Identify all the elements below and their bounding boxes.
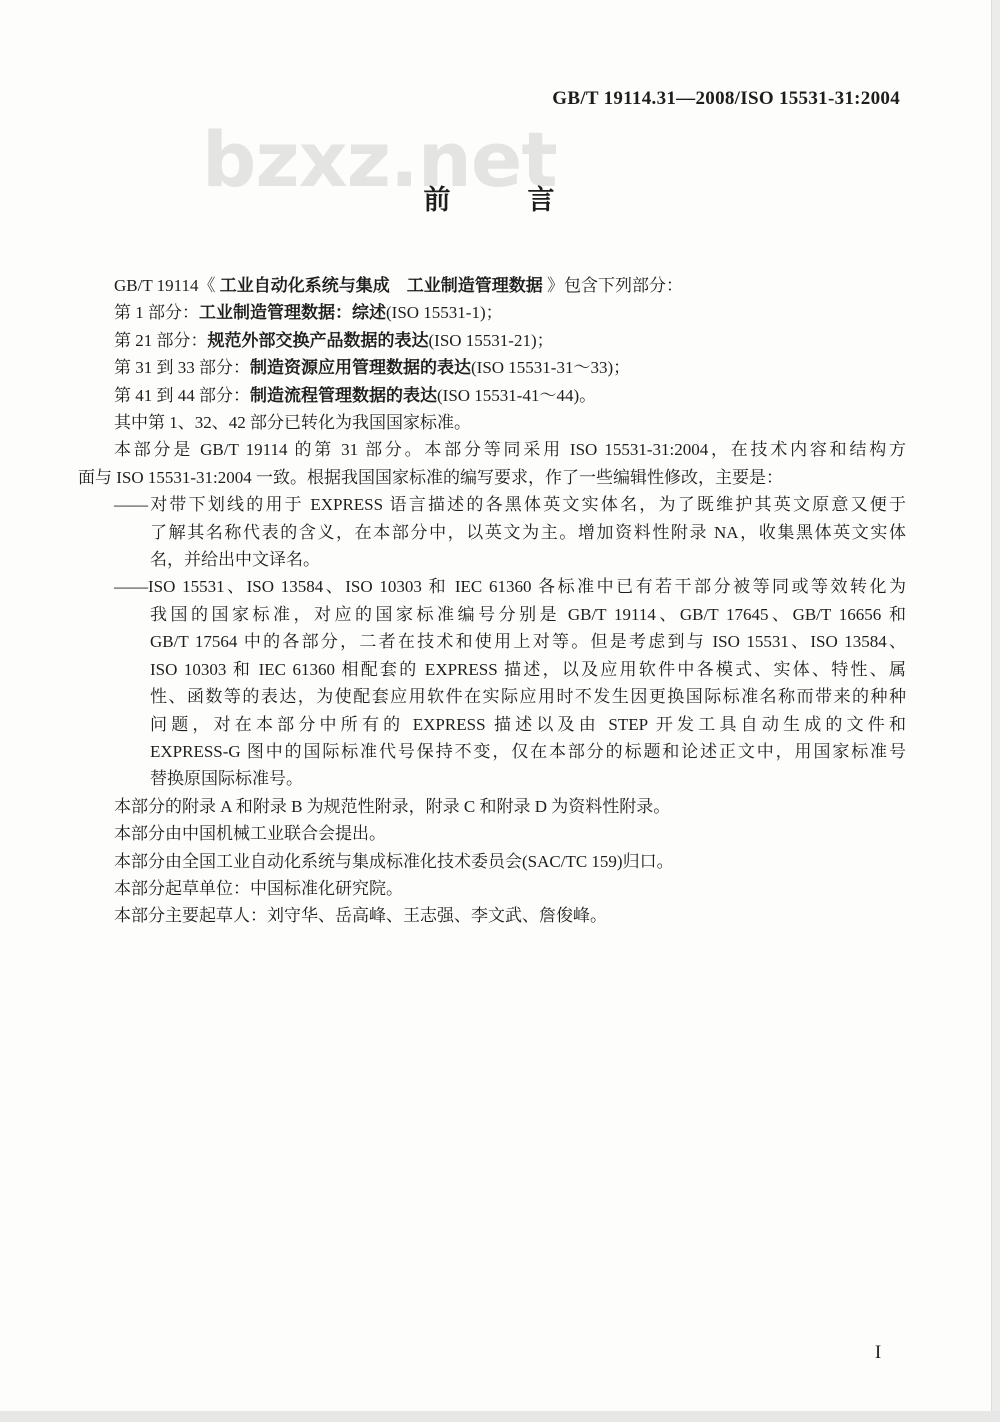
text-segment: 第 31 到 33 部分：: [114, 358, 250, 377]
body-line: 其中第 1、32、42 部分已转化为我国国家标准。: [78, 409, 906, 436]
page-number: I: [856, 1342, 900, 1364]
body-line: 第 41 到 44 部分：制造流程管理数据的表达(ISO 15531-41～44…: [78, 382, 906, 409]
text-segment: 面与 ISO 15531-31:2004 一致。根据我国国家标准的编写要求，作了…: [78, 468, 783, 487]
body-line: 替换原国际标准号。: [78, 765, 906, 792]
body-line: 第 31 到 33 部分：制造资源应用管理数据的表达(ISO 15531-31～…: [78, 354, 906, 381]
body-text: GB/T 19114《 工业自动化系统与集成 工业制造管理数据 》包含下列部分：…: [78, 272, 906, 930]
text-segment: 工业制造管理数据：综述: [199, 303, 386, 322]
body-line: ——ISO 15531、ISO 13584、ISO 10303 和 IEC 61…: [78, 573, 906, 600]
text-segment: 制造流程管理数据的表达: [250, 386, 437, 405]
text-segment: EXPRESS-G 图中的国际标准代号保持不变，仅在本部分的标题和论述正文中，用…: [150, 742, 906, 761]
page-title: 前 言: [0, 178, 978, 217]
page-edge-bottom: [0, 1411, 1000, 1422]
body-line: 我国的国家标准，对应的国家标准编号分别是 GB/T 19114、GB/T 176…: [78, 601, 906, 628]
body-line: GB/T 19114《 工业自动化系统与集成 工业制造管理数据 》包含下列部分：: [78, 272, 906, 299]
text-segment: 规范外部交换产品数据的表达: [208, 331, 429, 350]
text-segment: 第 41 到 44 部分：: [114, 386, 250, 405]
text-segment: 替换原国际标准号。: [150, 769, 303, 788]
text-segment: 问题，对在本部分中所有的 EXPRESS 描述以及由 STEP 开发工具自动生成…: [150, 715, 906, 734]
text-segment: 本部分是 GB/T 19114 的第 31 部分。本部分等同采用 ISO 155…: [114, 440, 906, 459]
text-segment: 本部分由中国机械工业联合会提出。: [114, 824, 386, 843]
body-line: 本部分由全国工业自动化系统与集成标准化技术委员会(SAC/TC 159)归口。: [78, 848, 906, 875]
standard-code-header: GB/T 19114.31—2008/ISO 15531-31:2004: [0, 88, 900, 110]
text-segment: 名，并给出中文译名。: [150, 550, 320, 569]
text-segment: 我国的国家标准，对应的国家标准编号分别是 GB/T 19114、GB/T 176…: [150, 605, 906, 624]
text-segment: 工业自动化系统与集成 工业制造管理数据: [220, 276, 543, 295]
body-line: 了解其名称代表的含义，在本部分中，以英文为主。增加资料性附录 NA，收集黑体英文…: [78, 519, 906, 546]
text-segment: 本部分的附录 A 和附录 B 为规范性附录，附录 C 和附录 D 为资料性附录。: [114, 797, 670, 816]
body-line: 名，并给出中文译名。: [78, 546, 906, 573]
text-segment: 》包含下列部分：: [543, 276, 683, 295]
text-segment: (ISO 15531-31～33)；: [471, 358, 630, 377]
text-segment: 第 1 部分：: [114, 303, 199, 322]
page-title-char-1: 前: [424, 178, 451, 217]
body-line: 面与 ISO 15531-31:2004 一致。根据我国国家标准的编写要求，作了…: [78, 464, 906, 491]
text-segment: 本部分起草单位：中国标准化研究院。: [114, 879, 403, 898]
body-line: 本部分是 GB/T 19114 的第 31 部分。本部分等同采用 ISO 155…: [78, 436, 906, 463]
text-segment: 了解其名称代表的含义，在本部分中，以英文为主。增加资料性附录 NA，收集黑体英文…: [150, 523, 906, 542]
text-segment: ISO 10303 和 IEC 61360 相配套的 EXPRESS 描述，以及…: [150, 660, 906, 679]
body-line: 本部分由中国机械工业联合会提出。: [78, 820, 906, 847]
text-segment: GB/T 19114《: [114, 276, 220, 295]
body-line: 本部分起草单位：中国标准化研究院。: [78, 875, 906, 902]
text-segment: ——对带下划线的用于 EXPRESS 语言描述的各黑体英文实体名，为了既维护其英…: [114, 495, 906, 514]
text-segment: 制造资源应用管理数据的表达: [250, 358, 471, 377]
page-edge-right: [991, 0, 1000, 1422]
body-line: 本部分主要起草人：刘守华、岳高峰、王志强、李文武、詹俊峰。: [78, 902, 906, 929]
body-line: 问题，对在本部分中所有的 EXPRESS 描述以及由 STEP 开发工具自动生成…: [78, 711, 906, 738]
body-line: 第 1 部分：工业制造管理数据：综述(ISO 15531-1)；: [78, 299, 906, 326]
body-line: 性、函数等的表达，为使配套应用软件在实际应用时不发生因更换国际标准名称而带来的种…: [78, 683, 906, 710]
text-segment: (ISO 15531-21)；: [429, 331, 554, 350]
text-segment: (ISO 15531-41～44)。: [437, 386, 596, 405]
body-line: 本部分的附录 A 和附录 B 为规范性附录，附录 C 和附录 D 为资料性附录。: [78, 793, 906, 820]
text-segment: (ISO 15531-1)；: [386, 303, 503, 322]
body-line: 第 21 部分：规范外部交换产品数据的表达(ISO 15531-21)；: [78, 327, 906, 354]
text-segment: 性、函数等的表达，为使配套应用软件在实际应用时不发生因更换国际标准名称而带来的种…: [150, 687, 906, 706]
text-segment: 本部分由全国工业自动化系统与集成标准化技术委员会(SAC/TC 159)归口。: [114, 852, 674, 871]
text-segment: 第 21 部分：: [114, 331, 208, 350]
text-segment: ——ISO 15531、ISO 13584、ISO 10303 和 IEC 61…: [114, 577, 906, 596]
body-line: ISO 10303 和 IEC 61360 相配套的 EXPRESS 描述，以及…: [78, 656, 906, 683]
body-line: ——对带下划线的用于 EXPRESS 语言描述的各黑体英文实体名，为了既维护其英…: [78, 491, 906, 518]
page-title-char-2: 言: [528, 178, 555, 217]
text-segment: GB/T 17564 中的各部分，二者在技术和使用上对等。但是考虑到与 ISO …: [150, 632, 906, 651]
body-line: GB/T 17564 中的各部分，二者在技术和使用上对等。但是考虑到与 ISO …: [78, 628, 906, 655]
body-line: EXPRESS-G 图中的国际标准代号保持不变，仅在本部分的标题和论述正文中，用…: [78, 738, 906, 765]
text-segment: 本部分主要起草人：刘守华、岳高峰、王志强、李文武、詹俊峰。: [114, 906, 607, 925]
text-segment: 其中第 1、32、42 部分已转化为我国国家标准。: [114, 413, 471, 432]
